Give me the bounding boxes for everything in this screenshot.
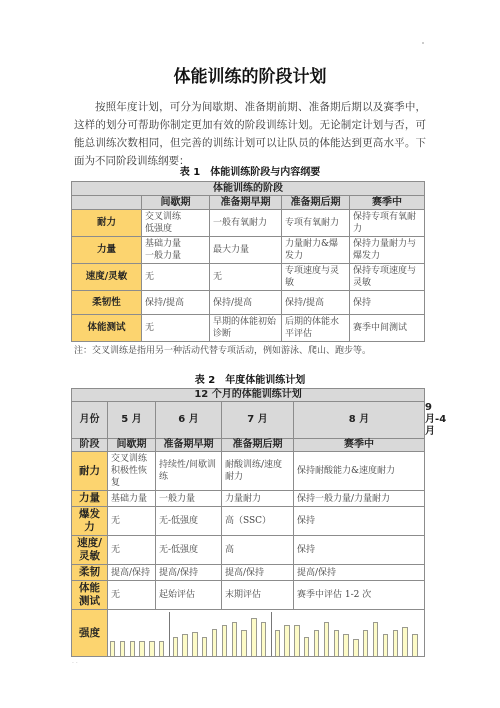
table-row: 柔韧提高/保持提高/保持提高/保持提高/保持 <box>72 565 425 581</box>
row-header: 速度/灵敏 <box>72 264 142 291</box>
table-row: 速度/灵敏无无-低强度高保持 <box>72 536 425 565</box>
table-cell: 保持耐酸能力&速度耐力 <box>294 452 425 491</box>
month-header: 8 月 <box>294 402 425 439</box>
table1-note: 注：交叉训练是指用另一种活动代替专项活动，例如游泳、爬山、跑步等。 <box>74 343 371 356</box>
intensity-bar <box>222 625 227 657</box>
table-cell: 提高/保持 <box>294 565 425 581</box>
table-cell: 专项速度与灵敏 <box>282 264 350 291</box>
row-header: 体能测试 <box>72 315 142 342</box>
phase-header: 间歇期 <box>108 439 156 452</box>
column-header: 间歇期 <box>142 196 210 210</box>
table-cell: 早期的体能初始诊断 <box>210 315 282 342</box>
intensity-bar <box>383 634 388 656</box>
phase-label: 阶段 <box>72 439 108 452</box>
intensity-bar <box>202 637 207 656</box>
table-cell: 赛季中评估 1-2 次 <box>294 581 425 610</box>
intensity-bar <box>159 641 164 656</box>
intensity-bar <box>192 632 197 656</box>
table2-caption: 表 2 年度体能训练计划 <box>0 371 500 386</box>
row-header: 力量 <box>72 491 108 507</box>
intro-paragraph: 按照年度计划，可分为间歇期、准备期前期、准备期后期以及赛季中，这样的划分可帮助你… <box>74 98 426 170</box>
table-cell: 后期的体能水平评估 <box>282 315 350 342</box>
column-header: 赛季中 <box>350 196 425 210</box>
table1-group-header: 体能训练的阶段 <box>72 182 425 196</box>
table-cell: 无-低强度 <box>156 507 222 536</box>
footer-mark: · · <box>72 660 78 667</box>
intensity-label: 强度 <box>72 610 108 657</box>
intensity-bar <box>314 630 319 656</box>
intensity-bar <box>139 641 144 656</box>
intensity-bar <box>173 637 178 656</box>
intensity-bar <box>241 630 246 656</box>
phase-divider <box>169 612 170 656</box>
table-row: 爆发力无无-低强度高（SSC）保持 <box>72 507 425 536</box>
row-header: 体能测试 <box>72 581 108 610</box>
page-mark <box>422 42 424 44</box>
table-cell: 保持/提高 <box>282 291 350 315</box>
table-cell: 高 <box>222 536 294 565</box>
table-cell: 无 <box>142 264 210 291</box>
table-row: 力量基础力量一般力量力量耐力保持一般力量/力量耐力 <box>72 491 425 507</box>
intensity-bar <box>324 622 329 656</box>
table-cell: 提高/保持 <box>222 565 294 581</box>
phase-header: 赛季中 <box>294 439 425 452</box>
intensity-bar <box>284 625 289 657</box>
table-cell: 保持专项速度与灵敏 <box>350 264 425 291</box>
row-header: 耐力 <box>72 452 108 491</box>
table-cell: 无 <box>210 264 282 291</box>
intensity-bar <box>149 641 154 656</box>
document-title: 体能训练的阶段计划 <box>0 62 500 87</box>
table-cell: 无 <box>108 581 156 610</box>
intensity-bar <box>212 629 217 656</box>
row-header: 柔韧 <box>72 565 108 581</box>
months-label: 月份 <box>72 402 108 439</box>
row-header: 耐力 <box>72 210 142 237</box>
table-cell: 无 <box>142 315 210 342</box>
intensity-bar <box>393 630 398 656</box>
phase-divider <box>271 612 272 656</box>
month-header: 7 月 <box>222 402 294 439</box>
column-header: 准备期后期 <box>282 196 350 210</box>
phase-outline-table: 体能训练的阶段 间歇期准备期早期准备期后期赛季中 耐力交叉训练 低强度一般有氧耐… <box>71 181 425 342</box>
intensity-bar <box>363 630 368 656</box>
table-cell: 起始评估 <box>156 581 222 610</box>
table-row: 速度/灵敏无无专项速度与灵敏保持专项速度与灵敏 <box>72 264 425 291</box>
table-cell: 无 <box>108 536 156 565</box>
row-header: 速度/灵敏 <box>72 536 108 565</box>
corner-cell <box>72 196 142 210</box>
table-cell: 专项有氧耐力 <box>282 210 350 237</box>
table-cell: 耐酸训练/速度耐力 <box>222 452 294 491</box>
table-row: 柔韧性保持/提高保持/提高保持/提高保持 <box>72 291 425 315</box>
table-row: 体能测试无起始评估末期评估赛季中评估 1-2 次 <box>72 581 425 610</box>
intensity-bar <box>261 622 266 656</box>
intensity-bar <box>304 637 309 656</box>
table-row: 力量基础力量 一般力量最大力量力量耐力&爆发力保持力量耐力与爆发力 <box>72 237 425 264</box>
table-cell: 保持力量耐力与爆发力 <box>350 237 425 264</box>
table-cell: 保持 <box>294 536 425 565</box>
table-cell: 保持/提高 <box>142 291 210 315</box>
intensity-bar <box>334 630 339 656</box>
intensity-bar <box>232 622 237 656</box>
phase-header: 准备期早期 <box>156 439 222 452</box>
table-cell: 保持 <box>294 507 425 536</box>
table-cell: 保持专项有氧耐力 <box>350 210 425 237</box>
table-cell: 保持 <box>350 291 425 315</box>
table1-caption: 表 1 体能训练阶段与内容纲要 <box>0 163 500 178</box>
table-cell: 力量耐力 <box>222 491 294 507</box>
table2-group-header: 12 个月的体能训练计划 <box>72 389 425 402</box>
column-header: 准备期早期 <box>210 196 282 210</box>
phase-header: 准备期后期 <box>222 439 294 452</box>
table-cell: 高（SSC） <box>222 507 294 536</box>
table-cell: 一般力量 <box>156 491 222 507</box>
intensity-bar <box>251 618 256 656</box>
intensity-bar <box>343 634 348 656</box>
table-cell: 力量耐力&爆发力 <box>282 237 350 264</box>
table-row: 体能测试无早期的体能初始诊断后期的体能水平评估赛季中间测试 <box>72 315 425 342</box>
intensity-bar <box>294 625 299 657</box>
intensity-bar <box>412 634 417 656</box>
row-header: 柔韧性 <box>72 291 142 315</box>
row-header: 爆发力 <box>72 507 108 536</box>
table-cell: 基础力量 一般力量 <box>142 237 210 264</box>
intensity-bar <box>275 630 280 656</box>
table-cell: 末期评估 <box>222 581 294 610</box>
table-cell: 提高/保持 <box>156 565 222 581</box>
annual-plan-table: 12 个月的体能训练计划 月份5 月6 月7 月8 月9 月-4 月 阶段间歇期… <box>71 388 425 657</box>
table-cell: 最大力量 <box>210 237 282 264</box>
table-cell: 赛季中间测试 <box>350 315 425 342</box>
table-row: 耐力交叉训练积极性恢复持续性/间歇训练耐酸训练/速度耐力保持耐酸能力&速度耐力 <box>72 452 425 491</box>
table-cell: 交叉训练积极性恢复 <box>108 452 156 491</box>
table-cell: 持续性/间歇训练 <box>156 452 222 491</box>
month-header: 5 月 <box>108 402 156 439</box>
table-cell: 无-低强度 <box>156 536 222 565</box>
table-row: 耐力交叉训练 低强度一般有氧耐力专项有氧耐力保持专项有氧耐力 <box>72 210 425 237</box>
month-header: 6 月 <box>156 402 222 439</box>
table-cell: 一般有氧耐力 <box>210 210 282 237</box>
table-cell: 无 <box>108 507 156 536</box>
intensity-bar <box>130 641 135 656</box>
intensity-bar <box>120 641 125 656</box>
table-cell: 保持一般力量/力量耐力 <box>294 491 425 507</box>
table-cell: 保持/提高 <box>210 291 282 315</box>
table-cell: 交叉训练 低强度 <box>142 210 210 237</box>
table-cell: 提高/保持 <box>108 565 156 581</box>
intensity-bar <box>373 622 378 656</box>
intensity-bar <box>402 627 407 656</box>
intensity-bar <box>110 641 115 656</box>
intensity-bar-chart <box>108 612 424 656</box>
intensity-bar <box>182 634 187 656</box>
row-header: 力量 <box>72 237 142 264</box>
table-cell: 基础力量 <box>108 491 156 507</box>
intensity-bar <box>353 639 358 656</box>
